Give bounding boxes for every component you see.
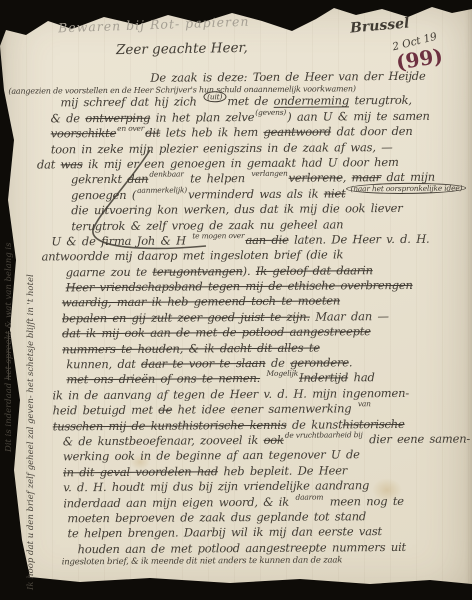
struck-text-segment: dat ik mij ook aan de met de potlood aan… (62, 324, 371, 340)
interline-insertion: aanmerkelijk) (137, 185, 187, 194)
interline-insertion: Mogelijk (267, 369, 299, 378)
text-segment: & de (51, 111, 86, 125)
text-segment: Dit is inderdaad (4, 380, 14, 452)
text-segment: dier eene samen- (364, 431, 471, 446)
text-segment: terugtrok, (349, 93, 412, 107)
margin-note-left-outer: Dit is inderdaad het spreekt & wat van b… (4, 172, 14, 452)
scan-stage: Bewaren bij Rot- papieren Brussel 2 Oct … (0, 0, 472, 600)
text-segment: dat (37, 157, 61, 171)
salutation: Zeer geachte Heer, (116, 40, 248, 58)
text-segment: ). (243, 264, 256, 278)
text-segment: met de (227, 94, 274, 108)
text-segment: v. d. H. houdt mij dus bij zijn vriendel… (63, 478, 369, 494)
interline-insertion: denkbaar (149, 170, 183, 179)
text-segment: gekrenkt (71, 172, 127, 186)
text-segment: mij schreef dat hij zich (60, 95, 202, 110)
struck-text-segment: dan (127, 172, 148, 186)
text-segment: te helpen (185, 171, 251, 185)
letter-lines: De zaak is deze: Toen de Heer van der He… (50, 69, 457, 569)
text-segment: heid betuigd met (53, 403, 159, 418)
struck-text-segment: de (158, 403, 172, 417)
struck-text-segment: aan die (245, 233, 288, 247)
text-segment: & wat van belang is (4, 243, 14, 331)
text-segment: U & de firma Joh & H (51, 233, 191, 248)
struck-text-segment: ook (264, 433, 284, 447)
text-segment: lets heb ik hem (160, 125, 263, 140)
text-segment: De zaak is deze: Toen de Heer van der He… (150, 69, 425, 85)
text-segment: te helpen brengen. Daarbij wil ik mij da… (67, 524, 382, 540)
text-segment: het idee eener samenwerking (172, 401, 357, 416)
text-segment: de kunst (286, 417, 342, 431)
text-segment: inderdaad aan mijn eigen woord, & ik (63, 494, 294, 510)
text-segment: ik mij er een genoegen in gemaakt had U … (83, 155, 399, 171)
struck-text-segment: met ons drieën of ons te nemen. (66, 371, 260, 386)
text-segment: moeten beproeven de zaak dus geplande to… (67, 509, 366, 525)
struck-text-segment: was (61, 157, 83, 171)
text-segment: de (265, 356, 290, 370)
struck-text-segment: dit (145, 126, 160, 140)
interline-insertion: (naar het oorspronkelijke idee) (346, 182, 466, 194)
struck-text-segment: in dit geval voordelen had (63, 464, 218, 479)
text-segment: onderneming (274, 94, 349, 109)
text-segment: verminderd was als ik (188, 186, 324, 201)
interline-insertion: van (358, 399, 371, 408)
text-segment: , (343, 171, 352, 185)
text-segment: dat door den (331, 124, 413, 139)
text-segment: houden aan de met potlood aangestreepte … (78, 540, 406, 556)
interline-insertion: verlangen (251, 169, 287, 178)
struck-text-segment: voorschikte (51, 126, 117, 140)
interline-insertion: (uit) (203, 92, 226, 103)
text-segment: kunnen, dat (66, 357, 141, 372)
text-segment: Maar dan — (310, 309, 389, 324)
interline-insertion: de vruchtbaarheid bij (285, 430, 363, 440)
text-segment: & de kunstbeoefenaar, zooveel ik (63, 433, 264, 448)
text-segment: had (348, 371, 375, 385)
text-segment: meen nog te (324, 494, 404, 509)
text-segment: die uitvoering kon werken, dus dat ik mi… (71, 201, 402, 217)
margin-note-left-inner: Ik hoop dat u den brief zelf geheel zal … (26, 360, 36, 590)
interline-insertion: daarom (295, 492, 323, 501)
text-segment: gaarne zou te (66, 264, 153, 279)
text-segment: heb bepleit. De Heer (218, 463, 347, 478)
text-segment: genoegen ( (71, 188, 136, 202)
struck-text-segment: terugontvangen (152, 264, 242, 279)
struck-text-segment: waardig, maar ik heb gemeend toch te moe… (62, 294, 340, 310)
struck-text-segment: daar te voor te slaan (141, 356, 265, 371)
text-segment: laten. De Heer v. d. H. (289, 232, 430, 247)
struck-text-segment: historische (342, 417, 404, 431)
struck-text-segment: tusschen mij de kunsthistorische kennis (53, 417, 287, 433)
struck-text-segment: Ik geloof dat daarin (256, 263, 373, 278)
struck-text-segment: Heer vriendschapsband tegen mij de ethis… (66, 278, 413, 294)
struck-text-segment: Indertijd (299, 371, 348, 385)
text-segment: antwoordde mij daarop met ingesloten bri… (42, 248, 344, 264)
struck-text-segment: verlorene (289, 171, 343, 185)
text-segment: ingesloten brief, & ik meende dit niet a… (62, 555, 343, 567)
text-segment: in het plan zelve (150, 110, 254, 125)
text-segment: ) aan U & mij te samen (287, 109, 430, 124)
interline-insertion: (gevens) (255, 108, 286, 117)
struck-text-segment: maar (352, 170, 381, 184)
struck-text-segment: niet (324, 186, 346, 200)
struck-text-segment: gerondere (290, 355, 349, 369)
interline-insertion: en over (117, 124, 144, 133)
text-segment: . (349, 355, 353, 369)
struck-text-segment: geantwoord (263, 125, 331, 139)
text-segment: Ik hoop dat u den brief zelf geheel zal … (26, 274, 36, 590)
struck-text-segment: het spreekt (4, 331, 14, 380)
text-segment (260, 371, 266, 385)
text-segment: werking ook in de beginne af aan tegenov… (63, 448, 360, 464)
text-segment: ik in de aanvang af tegen de Heer v. d. … (52, 386, 409, 402)
interline-insertion: te mogen over (192, 231, 244, 240)
struck-text-segment: nummers te houden, & ik dacht dit alles … (62, 340, 320, 356)
struck-text-segment: bepalen en gij zult zeer goed juist te z… (62, 309, 310, 325)
text-segment: met hem aan (467, 185, 472, 200)
struck-text-segment: ontwerping (85, 111, 150, 125)
text-segment: toon in zeke mijn plezier eenigszins in … (51, 140, 393, 156)
